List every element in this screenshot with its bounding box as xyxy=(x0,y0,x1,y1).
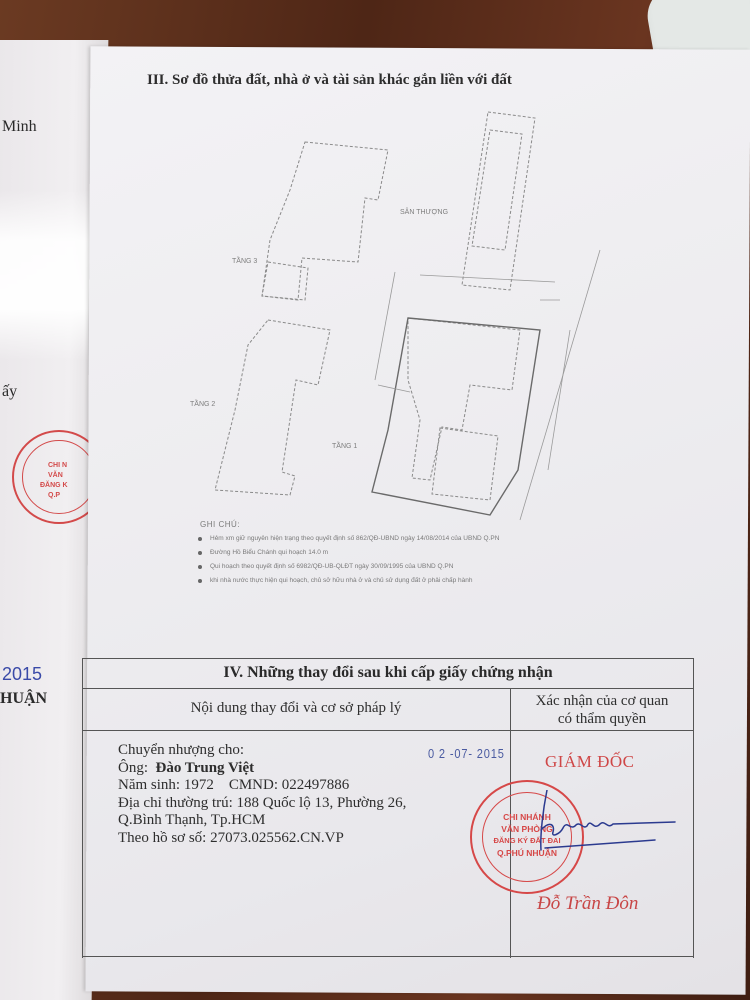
note-item: Hẻm xm giữ nguyên hiện trạng theo quyết … xyxy=(200,535,499,542)
label-floor3: TẦNG 3 xyxy=(232,255,257,265)
date-stamp: 0 2 -07- 2015 xyxy=(428,746,505,761)
glare xyxy=(0,190,91,360)
left-fragment-ay: ấy xyxy=(2,383,17,401)
section-iv-title: IV. Những thay đổi sau khi cấp giấy chứn… xyxy=(82,664,694,682)
note-item: khi nhà nước thực hiện qui hoạch, chủ sở… xyxy=(200,577,499,584)
note-item: Đường Hồ Biểu Chánh qui hoạch 14.0 m xyxy=(200,549,499,556)
bullet-icon xyxy=(198,565,202,569)
label-floor1: TẦNG 1 xyxy=(332,440,357,450)
change-entry: Chuyển nhượng cho: Ông: Đào Trung Việt N… xyxy=(118,742,406,847)
floor-plan-diagram: SÂN THƯỢNG TẦNG 3 TẦNG 2 TẦNG 1 xyxy=(150,110,630,530)
bullet-icon xyxy=(198,551,202,555)
notes-section: GHI CHÚ: Hẻm xm giữ nguyên hiện trạng th… xyxy=(200,520,499,591)
notes-header: GHI CHÚ: xyxy=(200,520,499,529)
label-rooftop: SÂN THƯỢNG xyxy=(400,207,448,216)
signer-name: Đỗ Trần Đôn xyxy=(537,893,638,915)
signature xyxy=(525,790,705,860)
bullet-icon xyxy=(198,537,202,541)
left-fragment-minh: Minh xyxy=(2,118,37,136)
note-item: Qui hoạch theo quyết định số 6982/QĐ-UB-… xyxy=(200,563,499,570)
left-fragment-huan: HUẬN xyxy=(0,690,47,708)
section-iii-title: III. Sơ đồ thửa đất, nhà ở và tài sản kh… xyxy=(147,72,512,89)
approver-role: GIÁM ĐỐC xyxy=(545,752,634,772)
left-fragment-year: 2015 xyxy=(2,664,42,685)
bullet-icon xyxy=(198,579,202,583)
label-floor2: TẦNG 2 xyxy=(190,398,215,408)
owner-name: Đào Trung Việt xyxy=(156,760,255,776)
column-header-content: Nội dung thay đổi và cơ sở pháp lý xyxy=(82,700,510,717)
column-header-approval: Xác nhận của cơ quan có thẩm quyền xyxy=(510,692,694,728)
